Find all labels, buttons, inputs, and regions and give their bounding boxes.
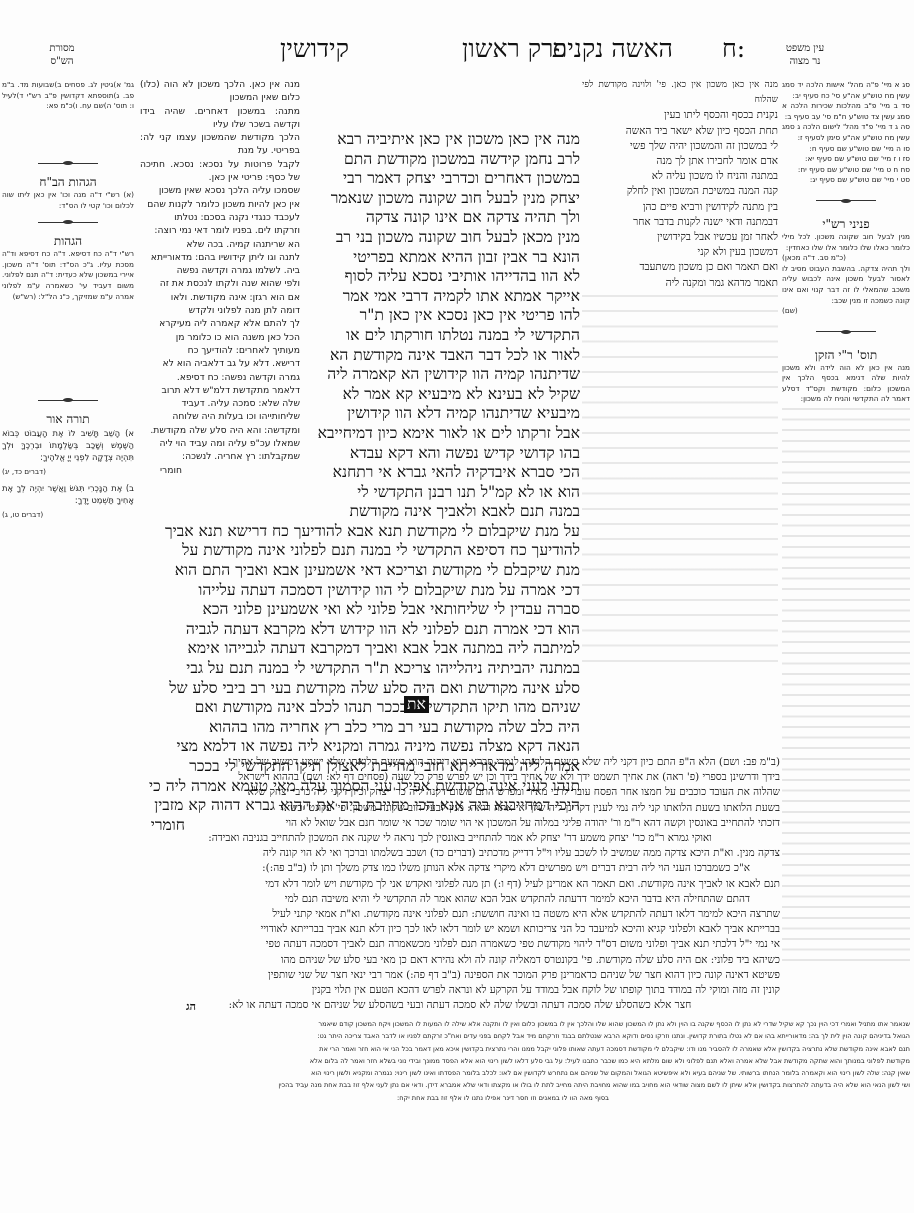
gemara-line: התקדשי לי במנה נטלתו חורקתו לים או <box>300 326 580 346</box>
tosafot-line: במתנה והניח לו משכון עליה לא <box>582 169 778 184</box>
tosafot-bottom-line: בברייתא אביך לאבא ולפלוני קגיא והיכא למי… <box>140 922 780 937</box>
tosafot-bottom-line: בשעת הלואתו בשעת הלואתו קני ליה נמי לעני… <box>140 801 780 816</box>
gemara-line: לא הוו בהדייהו אותיבי נסכא עליה לסוף <box>300 267 580 287</box>
rashi-line: מנה אין כאן. הלכך משכון לא הוה (כלו) כלו… <box>140 78 300 105</box>
gemara-line: במתנה יהביתיה ניהלייהו צריכא ת"ר התקדשי … <box>140 659 580 679</box>
tosafot-rid-text: מנה אין כאן לא הוה לידה ולא משכון להיות … <box>782 363 910 405</box>
gemara-line: יצחק מנין לבעל חוב שקונה משכון שנאמר <box>300 189 580 209</box>
tosafot-continued-text <box>582 291 778 671</box>
masoret-hashas-label: מסורת הש"ס <box>40 42 84 68</box>
ein-mishpat-entry: סז ו ז מיי' שם טוש"ע שם סעיף יא: <box>782 154 910 165</box>
divider-ornament <box>2 160 134 166</box>
ein-mishpat-column: סג א מיי' פ"ה מהל' אישות הלכה יד סמג עשי… <box>782 80 910 965</box>
gemara-line: שניהם מהו תיקו התקדשי לי בככר תנהו לכלב … <box>140 698 580 718</box>
gemara-line: סלע אינה מקודשת ואם היה סלע שלה מקודשת ב… <box>140 679 580 699</box>
tosafot-bottom-line: אי נמי י"ל דלכתי תנא אביך ופלוני משום דס… <box>140 937 780 952</box>
gemara-line: סברה עבדין לי שליחותאי אבל פלוני לא ואי … <box>140 600 580 620</box>
gemara-line: לרב נחמן קידשה במשכון מקודשת התם <box>300 150 580 170</box>
footnote-line: הגואל בדיניהם קונה הוין לית לך בה: מדאור… <box>96 1030 910 1042</box>
gemara-main-text: מנה אין כאן משכון אין כאן איתיביה רבא לר… <box>140 130 580 835</box>
tosafot-bottom-line: כשיהא ביד פלוני: אם היה סלע שלה מקודשת. … <box>140 953 780 968</box>
gemara-line: בהו קדושי קדיש נפשה והא דקא עבדא <box>300 444 580 464</box>
tosafot-rid-title: תוס' ר"י הזקן <box>782 347 910 363</box>
gemara-line: להודיעך כח דסיפא התקדשי לי במנה תנם לפלו… <box>140 541 580 561</box>
hagahot-bach-text: (א) רש"י ד"ה מנה וכו' אין כאן ליתו שוה ל… <box>2 190 134 211</box>
tosafot-bottom-line: תנם לאבא או לאביך אינה מקודשת. ואם תאמר … <box>140 877 780 892</box>
tosafot-line: לאחר זמן עכשיו אבל בקידושין <box>582 230 778 245</box>
masoret-column: גמ' א)גיטין לג. פסחים ב)שבועות מד. ב"מ פ… <box>2 80 134 524</box>
divider-ornament <box>782 198 910 204</box>
torah-or-title: תורה אור <box>2 411 134 427</box>
gemara-line: הוא דכי אמרה תנם לפלוני לא הוו קידוש דלא… <box>140 620 580 640</box>
tosafot-bottom-line: (ב"מ פב: ושם) הלא ה"פ התם כיון דקני ליה … <box>140 755 780 770</box>
footnote-line: שנאמר אתו מתניל ואמרי דכי הוין נכך קא שק… <box>96 1018 910 1030</box>
hagahot-title: הגהות <box>2 233 134 249</box>
tosafot-line: נקנית בכסף והכסף ליתו בעין <box>582 108 778 123</box>
gemara-line: שדיתנהו קמיה הוו קידושין הא קאמרה ליה <box>300 365 580 385</box>
tosafot-bottom-line: קונין זה מזה ומוקי לה במודד בתוך קופתו ש… <box>140 983 780 998</box>
tosafot-bottom-section: (ב"מ פב: ושם) הלא ה"פ התם כיון דקני ליה … <box>140 755 780 1013</box>
ein-mishpat-entry: סד ב מיי' פ"ב מהלכות שכירות הלכה א סמג ע… <box>782 101 910 122</box>
gemara-line: מנין מכאן לבעל חוב שקונה משכון בני רב <box>300 228 580 248</box>
torah-or-verse-1: א) הָשֵׁב תָּשִׁיב לוֹ אֶת הָעֲבוֹט כְּב… <box>2 427 134 463</box>
gemara-line: לאור או לכל דבר האבד אינה מקודשת הא <box>300 346 580 366</box>
gemara-line: מיבעיא שדיתנהו קמיה דלא הוו קידושין <box>300 404 580 424</box>
gemara-line: הכי סברא איבדקיה להאי גברא אי רתחנא <box>300 463 580 483</box>
tosafot-bottom-line: בידך ודרשינן בספרי (פ' ראה) את אחיך תשמט… <box>140 770 780 785</box>
tosafot-bottom-line: חצר אלא כשהסלע שלה סמכה דעתה ובשלו שלה ל… <box>140 998 780 1013</box>
ein-mishpat-entry: סו ה מיי' שם טוש"ע שם סעיף ח: <box>782 144 910 155</box>
tosafot-bottom-line: א"כ כשמברכו העני הוי ליה רבית דברים ויש … <box>140 861 780 876</box>
gemara-line: במשכון דאחרים וכדרבי יצחק דאמר רבי <box>300 169 580 189</box>
gemara-line: במנה תנם לאבא ולאביך אינה מקודשת <box>300 502 580 522</box>
tosafot-bottom-line: דזכתי להתחייב באונסין וקשה דהא ר"מ ור' י… <box>140 816 780 831</box>
tosafot-line: קנה המנה במשיכת המשכון ואין לחלק <box>582 184 778 199</box>
pnei-rashi-title: פניני רש"י <box>782 216 910 232</box>
gemara-line: מנה אין כאן משכון אין כאן איתיביה רבא <box>300 130 580 150</box>
ein-mishpat-entry: סח ח ט מיי' שם טוש"ע שם סעיף יח: <box>782 165 910 176</box>
gemara-line: שקיל לא בעינא לא מיבעיא קא אמר לא <box>300 385 580 405</box>
tosafot-line: דמשכון בעין ולא קני <box>582 245 778 260</box>
divider-ornament <box>2 219 134 225</box>
pnei-rashi-entry: ולך תהיה צדקה. בהשבת העבוט מסיב לו לאסור… <box>782 264 910 306</box>
gemara-line: הונא בר אבין זבון ההיא אמתא בפריטי <box>300 248 580 268</box>
gemara-line: דכי אמרה על מנת שיקבלום לי הוו קידושין ד… <box>140 581 580 601</box>
chapter-number: פרק ראשון <box>462 36 566 61</box>
torah-or-source-1: (דברים כד, יג) <box>2 467 134 478</box>
pnei-rashi-entry: מנין לבעל חוב שקונה משכון. לכל מילי כלומ… <box>782 232 910 253</box>
footnote-line: בסוף מאה הוו לו במאנים וזו חסר דינר אפיל… <box>96 1092 910 1104</box>
tosafot-line: תחת הכסף כיון שלא ישאר ביד האשה <box>582 124 778 139</box>
ein-mishpat-entry: סג א מיי' פ"ה מהל' אישות הלכה יד סמג עשי… <box>782 80 910 101</box>
tosafot-line: תאמר מדהא גמר ומקנה ליה <box>582 276 778 291</box>
tosafot-bottom-line: שתרצה היכא למימר דלאו דעתה להתקדש אלא הי… <box>140 907 780 922</box>
gemara-line: הוא או לא קמ"ל תנו רבנן התקדשי לי <box>300 483 580 503</box>
tosafot-bottom-line: שהלוה את העובד כוכבים על חמצו אחר הפסח ע… <box>140 785 780 800</box>
footnote-line: תנם לאבא אינה מקודשת שלא נתרציה בקדושין … <box>96 1043 910 1055</box>
gemara-line: ולך תהיה צדקה אם אינו קונה צדקה <box>300 208 580 228</box>
tosafot-bottom-line: ואוקי גמרא ר"מ כר' יצחק משמע דר' יצחק לא… <box>140 831 780 846</box>
tosafot-line: ואם תאמר ואם כן משכון משתעבד <box>582 260 778 275</box>
divider-ornament <box>2 397 134 403</box>
ein-mishpat-entry: סט י מיי' שם טוש"ע שם סעיף יג: <box>782 175 910 186</box>
gemara-line: על מנת שיקבלום לי מקודשת תנא אבא להודיעך… <box>140 522 580 542</box>
tosafot-line: בין מתנה לקידושין ורביא פיים כהן <box>582 200 778 215</box>
hagahot-bach-title: הגהות הב"ח <box>2 174 134 190</box>
masoret-entries: גמ' א)גיטין לג. פסחים ב)שבועות מד. ב"מ פ… <box>2 80 134 152</box>
tosafot-bottom-line: צדקה מנין. וא"ת היכא צדקה ממה שמשיב לו ל… <box>140 846 780 861</box>
inverted-word-marker: את <box>404 696 429 713</box>
pnei-rashi-source: (כ"מ סב. ד"ה מכאן) <box>782 253 910 264</box>
tosafot-bottom-line: דהתם שהתחילה היא בדבר היכא למימר דדעתה ל… <box>140 892 780 907</box>
tosafot-commentary: מנה אין כאן משכון אין כאן. פי' ולוינה מק… <box>582 78 778 671</box>
chapter-name: האשה נקנית <box>552 36 673 61</box>
rashi-line: מתנה: במשכון דאחרים. שהיה בידו וקדשה בשכ… <box>140 105 300 132</box>
torah-or-source-2: (דברים טו, ג) <box>2 510 134 521</box>
gemara-line: אייקר אמתא אתו לקמיה דרבי אמי אמר <box>300 287 580 307</box>
tosafot-line: לי במשכון זה והמשכון יהיה שלך פשי <box>582 139 778 154</box>
gemara-line: להו פריטי אין כאן נסכא אין כאן ת"ר <box>300 306 580 326</box>
footnote-line: מקודשת לפלוני במנותך והוא שתקה מקודשת אב… <box>96 1055 910 1067</box>
pnei-rashi-source: (שם) <box>782 306 910 317</box>
folio-number: ח: <box>722 36 745 61</box>
ein-mishpat-label: עין משפט נר מצוה <box>780 42 830 68</box>
tosafot-opening-line: מנה אין כאן משכון אין כאן. פי' ולוינה מק… <box>582 78 778 108</box>
divider-ornament <box>782 329 910 335</box>
gemara-line: אבל זרקתו לים או לאור אימא כיון דמיחייבא <box>300 424 580 444</box>
gemara-line: היה כלב שלה מקודשת בעי רב מרי כלב רץ אחר… <box>140 718 580 738</box>
tosafot-line: דבמתנה ודאי ישנה לקנות בדבר אחר <box>582 215 778 230</box>
tosafot-bottom-line: פשיטא דאינה קונה כיון דהוא חצר של שניהם … <box>140 968 780 983</box>
ein-mishpat-entry: סה ג ד מיי' פ"ד מהל' לישום הלכה ג סמג עש… <box>782 122 910 143</box>
torah-or-verse-2: ב) אֶת הַנָּכְרִי תִּגֹּשׂ וַאֲשֶׁר יִהְ… <box>2 482 134 506</box>
tosafot-line: אדם אומר לחבירו אתן לך מנה <box>582 154 778 169</box>
hagahot-text: רש"י ד"ה כח דסיפא. ד"ה כח דסיפא וד"ה מסכ… <box>2 249 134 389</box>
gemara-line: מנת שיקבלם לי מקודשת וצריכא דאי אשמעינן … <box>140 561 580 581</box>
tosafot-rid-continued-text <box>782 405 910 965</box>
footnote-line: שאין קנה: שלה לשון רינוי הוא וקאמרה בלומ… <box>96 1067 910 1079</box>
footnote-line: ושי לשון הנאי הוא שלא היה בדעתה להתרצות … <box>96 1079 910 1091</box>
bottom-footnotes: שנאמר אתו מתניל ואמרי דכי הוין נכך קא שק… <box>96 1018 910 1104</box>
tractate-title: קידושין <box>280 36 349 61</box>
gemara-line: למיתבה ליה במתנה אבל אבא ואביך דמקרבא דע… <box>140 639 580 659</box>
page-number-hebrew: הג <box>186 1000 196 1013</box>
